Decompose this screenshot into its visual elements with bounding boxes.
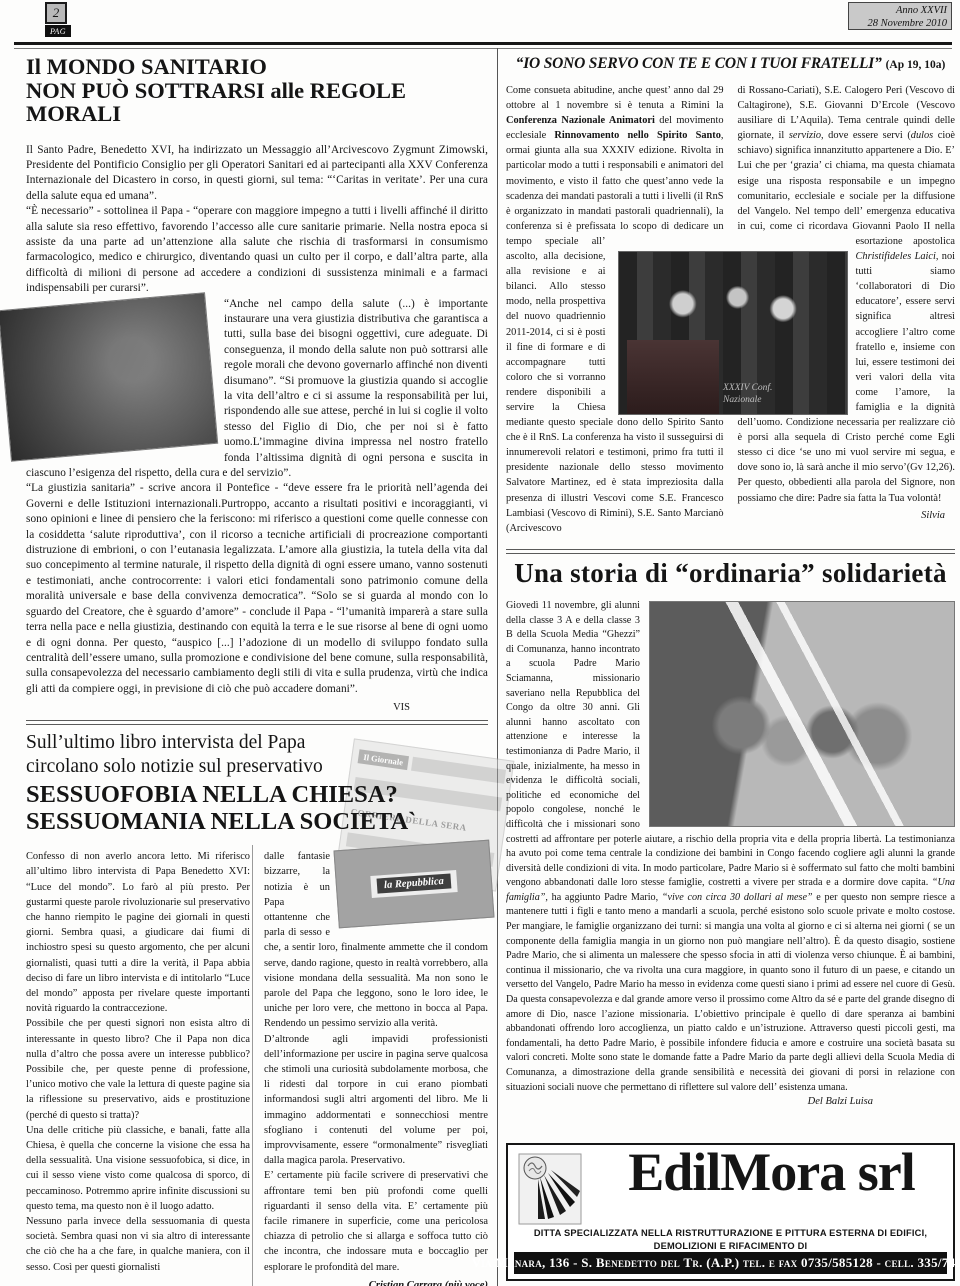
paragraph-with-photo: Giovedì 11 novembre, gli alunni della cl… [506, 599, 955, 1095]
paragraph: Il Santo Padre, Benedetto XVI, ha indiri… [26, 143, 488, 205]
masthead-repubblica: la Repubblica [377, 874, 452, 894]
header-rule [14, 42, 952, 49]
paragraph-with-photo: “Anche nel campo della salute (...) è im… [26, 297, 488, 482]
paragraph: E’ certamente più facile scrivere di pre… [264, 1168, 488, 1274]
conference-banner-text: XXXIV Conf. Nazionale [723, 382, 772, 406]
article-mondo-sanitario: Il MONDO SANITARIO NON PUÒ SOTTRARSI all… [26, 55, 488, 713]
paragraph: Una delle critiche più classiche, e bana… [26, 1123, 250, 1214]
column-2: la Repubblica dalle fantasie bizzarre, l… [264, 849, 488, 1286]
kicker-line-2: circolano solo notizie sul preservativo [26, 756, 323, 777]
article-signature: VIS [26, 702, 488, 713]
photo-conference: XXXIV Conf. Nazionale [618, 251, 848, 415]
bold-run: Rinnovamento nello Spirito Santo [554, 130, 721, 141]
article-title: Una storia di “ordinaria” solidarietà [506, 558, 955, 589]
banner-line-2: Nazionale [723, 395, 762, 405]
photo-sick-woman [0, 292, 218, 462]
bold-run: Conferenza Nazionale Animatori [506, 115, 655, 126]
ad-company-name: EdilMora srl [594, 1141, 949, 1203]
paragraph: “La giustizia sanitaria” - scrive ancora… [26, 481, 488, 697]
paragraph-text: , ha aggiunto Padre Mario, [545, 892, 661, 903]
right-column: “IO SONO SERVO CON TE E CON I TUOI FRATE… [506, 55, 955, 1107]
center-column-rule [497, 48, 498, 1286]
photo-students-group [649, 601, 955, 827]
page-number: 2 [53, 5, 60, 21]
paragraph: Possibile che per questi signori non esi… [26, 1016, 250, 1122]
two-column-layout: Confesso di non averlo ancora letto. Mi … [26, 849, 488, 1286]
newspaper-roll: la Repubblica [370, 871, 457, 898]
paragraph: Confesso di non averlo ancora letto. Mi … [26, 849, 250, 1016]
section-divider [506, 549, 955, 554]
banner-line-1: XXXIV Conf. [723, 383, 772, 393]
article-sessuofobia: Il Giornale CORRIERE DELLA SERA Sull’ult… [26, 731, 488, 1286]
column-1: Confesso di non averlo ancora letto. Mi … [26, 849, 250, 1286]
italic-run: Christifideles Laici [856, 251, 936, 262]
article-kicker: Sull’ultimo libro intervista del Papa ci… [26, 731, 488, 779]
paintbrush-fan-icon [518, 1153, 582, 1225]
paragraph-text: cioè schiavo) significa innanzitutto app… [738, 130, 956, 247]
title-line-1: SESSUOFOBIA NELLA CHIESA? [26, 781, 398, 808]
kicker-line-1: Sull’ultimo libro intervista del Papa [26, 732, 305, 753]
issue-box: Anno XXVII 28 Novembre 2010 [848, 2, 952, 30]
article-servo: “IO SONO SERVO CON TE E CON I TUOI FRATE… [506, 55, 955, 541]
italic-run: servizio [789, 130, 821, 141]
ad-address-bar: Via Manara, 136 - S. Benedetto del Tr. (… [514, 1252, 947, 1274]
page-number-box: 2 [45, 2, 67, 24]
photo-la-repubblica: la Repubblica [333, 840, 494, 929]
title-scripture-ref: (Ap 19, 10a) [886, 59, 946, 71]
issue-date: 28 Novembre 2010 [849, 17, 947, 30]
paragraph: D’altronde agli impavidi professionisti … [264, 1032, 488, 1169]
paragraph-text: , ormai giunta alla sua XXXIV edizione. … [506, 130, 724, 247]
article-solidarieta: Una storia di “ordinaria” solidarietà Gi… [506, 558, 955, 1107]
conference-podium [627, 340, 719, 414]
ad-description-line-1: DITTA SPECIALIZZATA NELLA RISTRUTTURAZIO… [534, 1228, 927, 1251]
page-label-box: PAG [45, 25, 71, 37]
edilmora-logo [518, 1153, 582, 1225]
italic-run: dulos [911, 130, 933, 141]
title-line-1: Il MONDO SANITARIO [26, 54, 267, 79]
newspaper-page: 2 PAG Anno XXVII 28 Novembre 2010 Il MON… [0, 0, 960, 1286]
title-line-2: NON PUÒ SOTTRARSI alle REGOLE MORALI [26, 78, 406, 127]
title-line-2: SESSUOMANIA NELLA SOCIETA` [26, 808, 416, 835]
left-column: Il MONDO SANITARIO NON PUÒ SOTTRARSI all… [26, 55, 488, 1286]
article-title: Il MONDO SANITARIO NON PUÒ SOTTRARSI all… [26, 55, 488, 126]
issue-year: Anno XXVII [849, 4, 947, 17]
article-title: “IO SONO SERVO CON TE E CON I TUOI FRATE… [506, 55, 955, 73]
paragraph-text: apostolica [913, 236, 955, 247]
paragraph-text: e per questo non sempre riesce a mantene… [506, 892, 955, 1093]
paragraph-text: Come consueta abitudine, anche quest’ an… [506, 85, 724, 111]
section-divider [26, 720, 488, 725]
article-signature: Del Balzi Luisa [506, 1096, 955, 1107]
article-signature: Cristian Carrara (più voce) [264, 1278, 488, 1286]
italic-run: “vive con circa 30 dollari al mese” [662, 892, 813, 903]
paragraph-text: , dove essere servi ( [821, 130, 911, 141]
article-signature: Silvia [738, 508, 956, 523]
article-title: SESSUOFOBIA NELLA CHIESA? SESSUOMANIA NE… [26, 781, 488, 835]
paragraph: Nessuno parla invece della sessuomania d… [26, 1214, 250, 1275]
paragraph: “È necessario” - sottolinea il Papa - “o… [26, 204, 488, 296]
ad-edilmora: EdilMora srl DITTA SPECIALIZZATA NELLA R… [506, 1143, 955, 1281]
title-text: “IO SONO SERVO CON TE E CON I TUOI FRATE… [516, 55, 882, 72]
